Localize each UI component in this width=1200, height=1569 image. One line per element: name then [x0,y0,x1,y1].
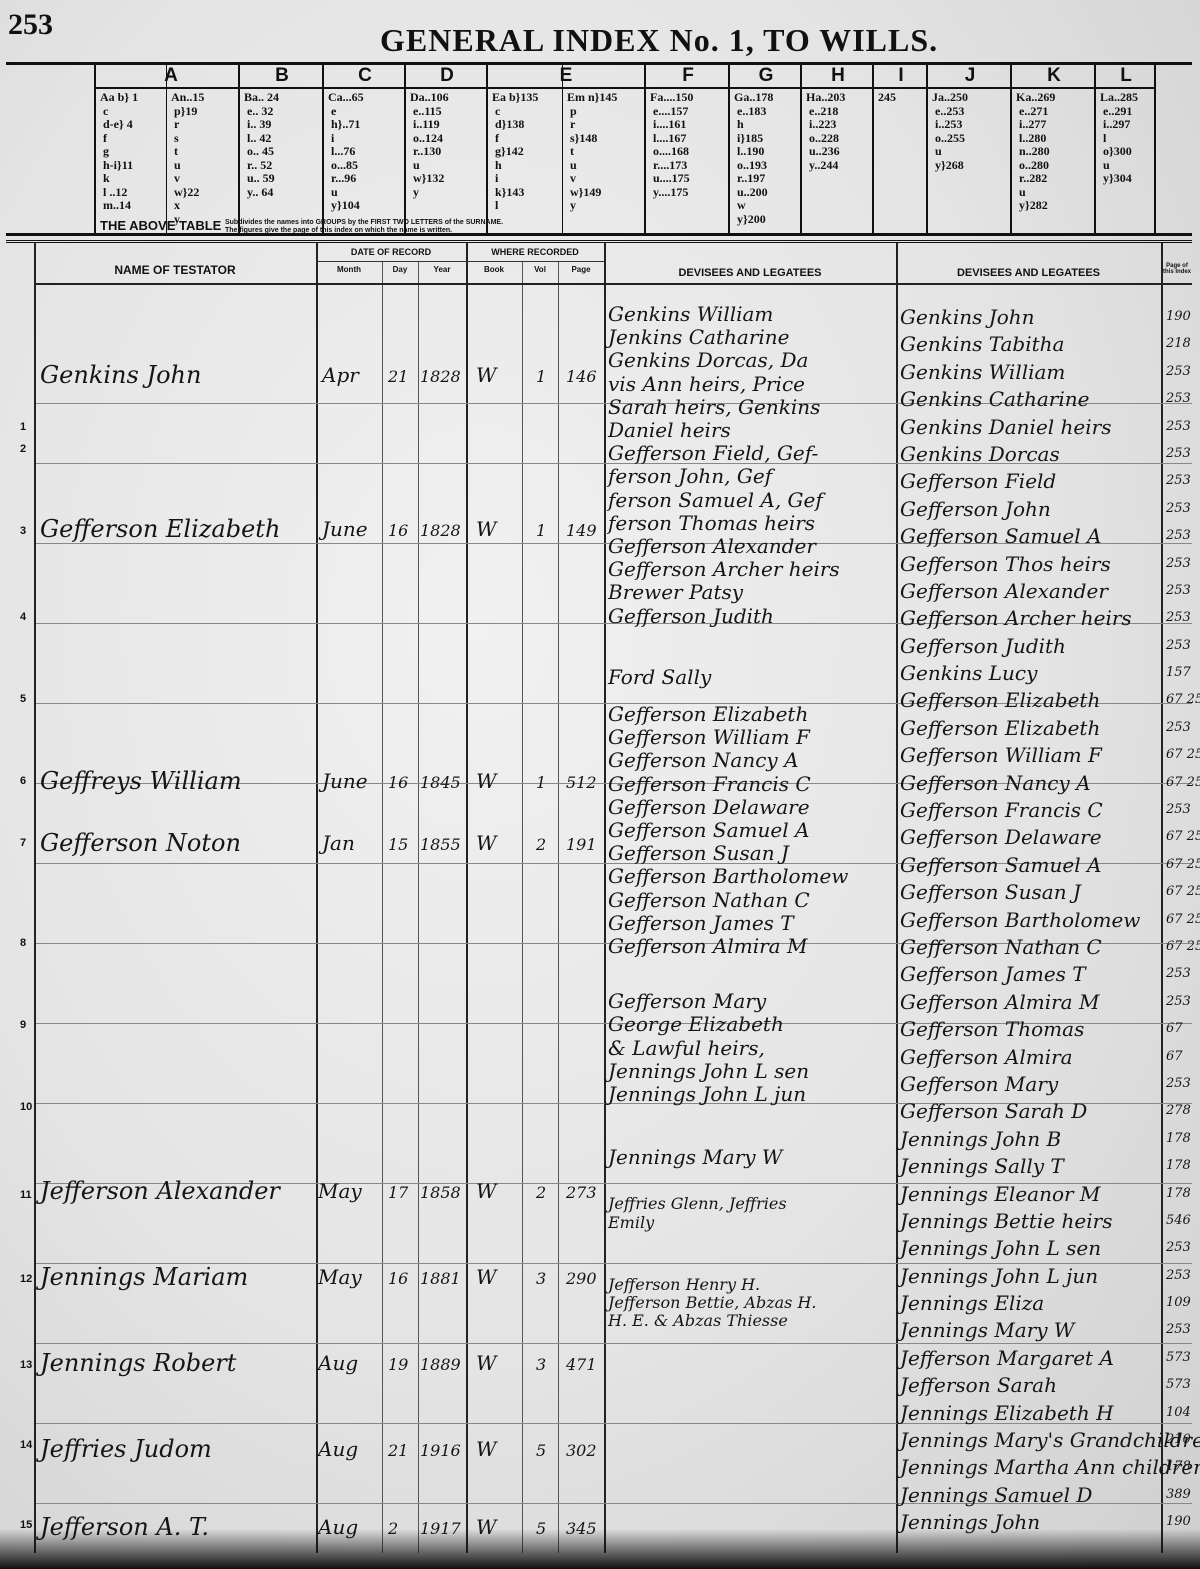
devisee-index-row: Gefferson Thos heirs253 [900,552,1192,579]
devisee-index-row: Gefferson John253 [900,497,1192,524]
devisee-entry: Jeffries Glenn, Jeffries [608,1194,896,1214]
devisee-index-row: Jennings Eleanor M178 [900,1182,1192,1209]
devisee-name: Genkins Catharine [900,387,1089,411]
devisee-index-row: Gefferson Alexander253 [900,579,1192,606]
devisee-entry: Gefferson James T [608,912,896,935]
row-number: 8 [20,937,26,949]
devisee-name: Gefferson Almira M [900,990,1099,1014]
devisee-name: Jennings Elizabeth H [900,1401,1114,1425]
index-col-H: HHa..203 e..218 i..223 o..228 u..236 y..… [800,65,874,233]
index-page-ref: 253 [1166,720,1191,735]
devisee-index-row: Gefferson James T253 [900,962,1192,989]
index-col-A2: An..15 p}19 r s t u v w}22 x y [166,65,239,233]
devisee-entry: Emily [608,1214,896,1232]
header-date-of-record: DATE OF RECORD [316,247,466,257]
index-col-B: BBa.. 24 e.. 32 i.. 39 l.. 42 o.. 45 r..… [238,65,324,233]
devisee-index-row: Genkins Tabitha218 [900,332,1192,359]
devisee-name: Jennings Mary W [900,1318,1075,1342]
row-number: 10 [20,1101,32,1113]
devisee-entry: Gefferson Susan J [608,842,896,865]
header-book: Book [466,265,522,274]
devisee-name: Genkins Tabitha [900,332,1064,356]
index-col-I: I245 [872,65,928,233]
devisee-entry: Gefferson Archer heirs [608,558,896,581]
ledger-page: 253 GENERAL INDEX No. 1, TO WILLS. AAa b… [0,0,1200,1569]
header-year: Year [418,265,466,274]
devisee-index-row: Gefferson Susan J67 253 [900,880,1192,907]
devisee-index-row: Gefferson Mary253 [900,1072,1192,1099]
devisee-index-row: Gefferson Nathan C67 253 [900,935,1192,962]
index-page-ref: 67 253 [1166,857,1200,872]
index-page-ref: 104 [1166,1405,1191,1420]
index-page-ref: 253 [1166,391,1191,406]
devisee-index-row: Gefferson Samuel A67 253 [900,853,1192,880]
devisee-name: Jennings Sally T [900,1154,1064,1178]
header-devisees-1: DEVISEES AND LEGATEES [604,267,896,279]
devisee-entry: Ford Sally [608,666,896,689]
index-page-ref: 178 [1166,1186,1191,1201]
devisee-entry: Gefferson Nancy A [608,749,896,772]
devisee-index-row: Jennings Mary W253 [900,1318,1192,1345]
devisee-name: Gefferson Thomas [900,1017,1084,1041]
index-page-ref: 190 [1166,309,1191,324]
index-page-ref: 178 [1166,1131,1191,1146]
index-page-ref: 253 [1166,556,1191,571]
devisee-name: Gefferson Almira [900,1045,1073,1069]
index-col-F: FFa....150 e....157 i....161 l....167 o.… [644,65,730,233]
devisee-name: Jefferson Sarah [900,1373,1057,1397]
index-col-A1: AAa b} 1 c d-e} 4 f g h-i}11 k l ..12 m.… [94,65,168,233]
index-page-ref: 253 [1166,1240,1191,1255]
index-page-ref: 278 [1166,1103,1191,1118]
devisee-name: Gefferson Delaware [900,825,1102,849]
devisee-index-row: Gefferson William F67 253 [900,743,1192,770]
row-number: 1 [20,421,26,433]
index-page-ref: 253 [1166,1322,1191,1337]
index-page-ref: 253 [1166,583,1191,598]
devisee-entry: Jennings John L sen [608,1060,896,1083]
devisee-name: Gefferson Samuel A [900,524,1101,548]
devisee-name: Gefferson James T [900,962,1086,986]
index-page-ref: 253 [1166,528,1191,543]
index-page-ref: 218 [1166,336,1191,351]
devisee-name: Gefferson Susan J [900,880,1081,904]
index-page-ref: 253 [1166,419,1191,434]
devisee-index-row: Jennings Bettie heirs546 [900,1209,1192,1236]
index-page-ref: 573 [1166,1350,1191,1365]
letter-index-table: AAa b} 1 c d-e} 4 f g h-i}11 k l ..12 m.… [6,62,1192,236]
devisee-name: Jennings Martha Ann children [900,1455,1200,1479]
devisee-index-row: Genkins John190 [900,305,1192,332]
devisee-entry: Gefferson Francis C [608,773,896,796]
devisee-index-row: Genkins William253 [900,360,1192,387]
devisee-index-row: Genkins Catharine253 [900,387,1192,414]
devisee-index-row: Jennings John L sen253 [900,1236,1192,1263]
devisee-name: Jennings John B [900,1127,1061,1151]
index-page-ref: 67 253 [1166,775,1200,790]
devisee-index-row: Jennings John B178 [900,1127,1192,1154]
index-col-D: DDa..106 e..115 i..119 o..124 r..130 u w… [404,65,488,233]
devisee-name: Jennings Bettie heirs [900,1209,1112,1233]
devisee-entry: Gefferson William F [608,726,896,749]
devisee-name: Jennings John L jun [900,1264,1098,1288]
devisee-index-row: Gefferson Almira67 [900,1045,1192,1072]
devisee-name: Jennings Samuel D [900,1483,1092,1507]
devisee-name: Genkins Lucy [900,661,1037,685]
devisee-name: Gefferson Field [900,469,1056,493]
index-page-ref: 389 [1166,1487,1191,1502]
devisee-entry: Daniel heirs [608,419,896,442]
index-page-ref: 573 [1166,1377,1191,1392]
devisee-index-row: Jennings Elizabeth H104 [900,1401,1192,1428]
devisee-entry: Gefferson Alexander [608,535,896,558]
devisee-entry: Brewer Patsy [608,581,896,604]
index-page-ref: 546 [1166,1213,1191,1228]
devisee-name: Genkins John [900,305,1035,329]
devisee-index-row: Gefferson Sarah D278 [900,1099,1192,1126]
devisee-index-row: Gefferson Nancy A67 253 [900,771,1192,798]
devisee-index-row: Jennings Eliza109 [900,1291,1192,1318]
index-page-ref: 178 [1166,1459,1191,1474]
devisee-index-row: Jefferson Margaret A573 [900,1346,1192,1373]
devisee-entry: George Elizabeth [608,1013,896,1036]
devisee-entry: ferson John, Gef [608,465,896,488]
devisee-index-row: Gefferson Bartholomew67 253 [900,908,1192,935]
devisee-index-row: Jefferson Sarah573 [900,1373,1192,1400]
devisee-name: Gefferson Nathan C [900,935,1102,959]
index-page-ref: 253 [1166,966,1191,981]
index-page-ref: 253 [1166,1268,1191,1283]
row-number: 7 [20,837,26,849]
index-page-ref: 253 [1166,994,1191,1009]
index-page-ref: 253 [1166,501,1191,516]
index-page-ref: 253 [1166,446,1191,461]
devisee-name: Gefferson Bartholomew [900,908,1140,932]
index-page-ref: 67 253 [1166,747,1200,762]
index-table-note: THE ABOVE TABLE Subdivides the names int… [100,218,503,235]
devisee-index-row: Gefferson Samuel A253 [900,524,1192,551]
wills-ledger: NAME OF TESTATOR DATE OF RECORD Month Da… [6,240,1192,1553]
devisee-name: Gefferson William F [900,743,1102,767]
index-page-ref: 67 253 [1166,912,1200,927]
page-title: GENERAL INDEX No. 1, TO WILLS. [380,22,938,59]
index-page-ref: 157 [1166,665,1191,680]
devisee-name: Jennings Mary's Grandchildren [900,1428,1200,1452]
row-number: 6 [20,775,26,787]
devisee-name: Gefferson Nancy A [900,771,1091,795]
index-page-ref: 190 [1166,1514,1191,1529]
devisee-index-row: Gefferson Archer heirs253 [900,606,1192,633]
index-col-C: CCa...65 e h}..71 i l...76 o...85 r...96… [322,65,406,233]
devisee-entry: & Lawful heirs, [608,1037,896,1060]
header-page-of-index: Page of this Index [1162,263,1192,275]
devisee-name: Gefferson Samuel A [900,853,1101,877]
devisee-entry: Gefferson Bartholomew [608,865,896,888]
index-col-E1: EEa b}135 c d}138 f g}142 h i k}143 l [486,65,564,233]
row-number: 3 [20,525,26,537]
devisee-index-row: Genkins Dorcas253 [900,442,1192,469]
header-day: Day [382,265,418,274]
index-page-ref: 67 [1166,1049,1183,1064]
devisee-entry: Gefferson Delaware [608,796,896,819]
devisee-entry: Genkins Dorcas, Da [608,349,896,372]
devisee-entry: Gefferson Judith [608,605,896,628]
devisee-name: Genkins William [900,360,1065,384]
index-col-J: JJa..250 e..253 i..253 o..255 u y}268 [926,65,1012,233]
index-page-ref: 253 [1166,802,1191,817]
devisee-index-row: Gefferson Francis C253 [900,798,1192,825]
index-page-ref: 253 [1166,473,1191,488]
header-devisees-2: DEVISEES AND LEGATEES [896,267,1161,279]
header-vol: Vol [522,265,558,274]
row-number: 4 [20,611,26,623]
devisee-entry: Gefferson Elizabeth [608,703,896,726]
row-number: 13 [20,1359,32,1371]
devisee-entry: Gefferson Almira M [608,935,896,958]
devisee-index-row: Gefferson Judith253 [900,634,1192,661]
devisees-left-column: Genkins William Jenkins Catharine Genkin… [608,303,896,1330]
row-number: 9 [20,1019,26,1031]
devisee-index-row: Jennings Samuel D389 [900,1483,1192,1510]
devisee-name: Gefferson Francis C [900,798,1103,822]
devisee-entry: Jefferson Bettie, Abzas H. [608,1294,896,1312]
devisee-name: Gefferson Elizabeth [900,688,1100,712]
index-page-ref: 67 253 [1166,939,1200,954]
index-page-ref: 253 [1166,610,1191,625]
devisee-index-row: Gefferson Thomas67 [900,1017,1192,1044]
index-page-ref: 67 253 [1166,884,1200,899]
index-page-ref: 67 253 [1166,829,1200,844]
devisee-entry: Gefferson Nathan C [608,889,896,912]
index-page-ref: 67 [1166,1021,1183,1036]
index-col-G: GGa..178 e..183 h i}185 l..190 o..193 r.… [728,65,802,233]
index-page-ref: 253 [1166,1076,1191,1091]
index-page-ref: 178 [1166,1158,1191,1173]
devisee-name: Gefferson Sarah D [900,1099,1087,1123]
devisee-entry: Jefferson Henry H. [608,1276,896,1294]
header-month: Month [316,265,382,274]
devisee-entry: H. E. & Abzas Thiesse [608,1312,896,1330]
devisee-name: Gefferson Alexander [900,579,1108,603]
devisee-index-row: Gefferson Elizabeth67 253 [900,688,1192,715]
index-col-E2: Em n}145 p r s}148 t u v w}149 y [562,65,645,233]
devisee-name: Jennings Eleanor M [900,1182,1100,1206]
devisee-name: Gefferson Thos heirs [900,552,1111,576]
index-page-ref: 253 [1166,638,1191,653]
devisee-entry: vis Ann heirs, Price [608,373,896,396]
devisee-entry: Genkins William [608,303,896,326]
devisee-name: Gefferson Archer heirs [900,606,1132,630]
index-page-ref: 67 253 [1166,692,1200,707]
devisee-index-row: Genkins Lucy157 [900,661,1192,688]
devisee-index-row: Gefferson Delaware67 253 [900,825,1192,852]
devisee-name: Gefferson Elizabeth [900,716,1100,740]
devisee-name: Jennings Eliza [900,1291,1044,1315]
devisee-entry: Jenkins Catharine [608,326,896,349]
row-number: 5 [20,693,26,705]
devisee-entry: Gefferson Field, Gef- [608,442,896,465]
devisee-name: Gefferson John [900,497,1051,521]
index-page-ref: 253 [1166,364,1191,379]
devisee-entry: Gefferson Mary [608,990,896,1013]
devisee-name: Gefferson Mary [900,1072,1058,1096]
devisee-name: Genkins Daniel heirs [900,415,1111,439]
devisee-entry: Gefferson Samuel A [608,819,896,842]
index-page-ref: 109 [1166,1295,1191,1310]
header-name-of-testator: NAME OF TESTATOR [34,263,316,277]
devisee-name: Genkins Dorcas [900,442,1060,466]
row-number: 11 [20,1189,32,1201]
index-col-K: KKa..269 e..271 i..277 l..280 n..280 o..… [1010,65,1096,233]
devisee-entry: Jennings John L jun [608,1083,896,1106]
devisee-index-row: Genkins Daniel heirs253 [900,415,1192,442]
page-number: 253 [8,8,53,42]
devisee-index-row: Gefferson Field253 [900,469,1192,496]
devisee-index-row: Jennings Martha Ann children178 [900,1455,1192,1482]
devisee-name: Gefferson Judith [900,634,1066,658]
devisee-index-row: Jennings John L jun253 [900,1264,1192,1291]
index-page-ref: 210 [1166,1432,1191,1447]
header-where-recorded: WHERE RECORDED [466,247,604,257]
devisee-index-row: Gefferson Almira M253 [900,990,1192,1017]
devisee-entry: ferson Thomas heirs [608,512,896,535]
devisee-index-row: Jennings Mary's Grandchildren210 [900,1428,1192,1455]
devisee-entry: Jennings Mary W [608,1146,896,1169]
row-number: 12 [20,1273,32,1285]
devisee-index-row: Jennings Sally T178 [900,1154,1192,1181]
devisee-name: Jefferson Margaret A [900,1346,1114,1370]
row-number: 2 [20,443,26,455]
row-number: 14 [20,1439,32,1451]
header-page: Page [558,265,604,274]
devisee-entry: Sarah heirs, Genkins [608,396,896,419]
devisee-index-row: Gefferson Elizabeth253 [900,716,1192,743]
devisee-entry: ferson Samuel A, Gef [608,489,896,512]
devisee-name: Jennings John L sen [900,1236,1101,1260]
index-col-L: LLa..285 e..291 i..297 l o}300 u y}304 [1094,65,1156,233]
